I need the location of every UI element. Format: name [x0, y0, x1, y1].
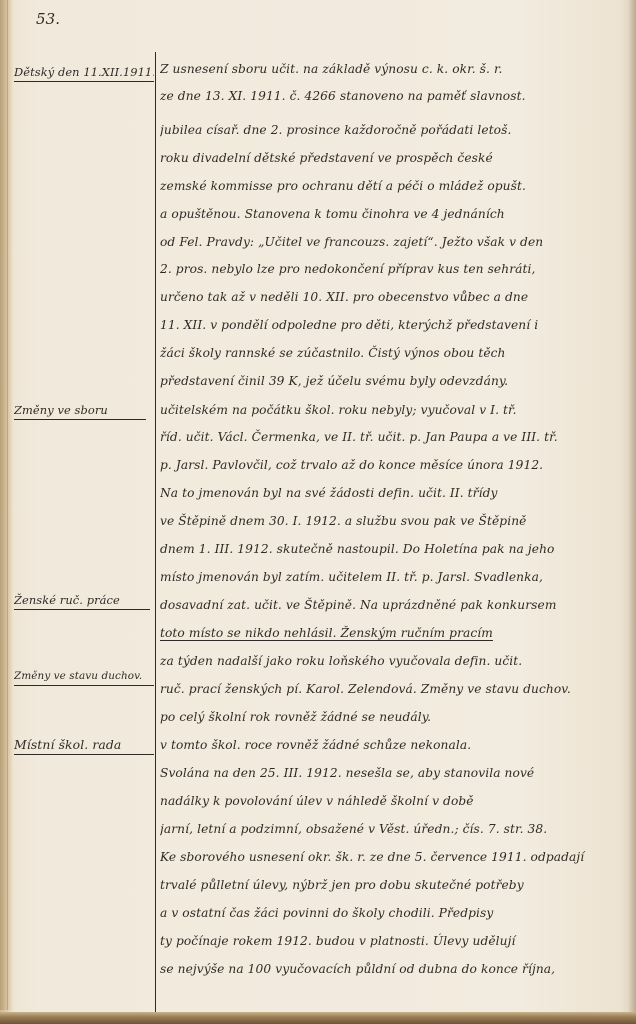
- text-line: dosavadní zat. učit. ve Štěpině. Na uprá…: [160, 592, 632, 618]
- page-number: 53.: [36, 10, 60, 28]
- margin-rule-line: [155, 52, 156, 1012]
- text-line: p. Jarsl. Pavlovčil, což trvalo až do ko…: [160, 452, 632, 478]
- notebook-page: 53. Dětský den 11.XII.1911. Změny ve sbo…: [0, 0, 636, 1024]
- text-line-clergy: ruč. prací ženských pí. Karol. Zelendová…: [160, 676, 632, 702]
- margin-note-clergy-changes: Změny ve stavu duchov.: [14, 667, 154, 686]
- text-line: 11. XII. v pondělí odpoledne pro děti, k…: [160, 312, 632, 338]
- text-line: od Fel. Pravdy: „Učitel ve francouzs. za…: [160, 229, 632, 255]
- text-line-needlework: toto místo se nikdo nehlásil. Ženským ru…: [160, 620, 632, 646]
- text-line: Svolána na den 25. III. 1912. nesešla se…: [160, 760, 632, 786]
- margin-note-staff-changes: Změny ve sboru: [14, 401, 146, 420]
- text-line: po celý školní rok rovněž žádné se neudá…: [160, 704, 632, 730]
- text-line: Ke sborového usnesení okr. šk. r. ze dne…: [160, 844, 632, 870]
- book-bottom-edge: [0, 1012, 636, 1024]
- text-line: žáci školy rannské se zúčastnilo. Čistý …: [160, 340, 632, 366]
- text-line: představení činil 39 K, jež účelu svému …: [160, 368, 632, 394]
- text-line: ty počínaje rokem 1912. budou v platnost…: [160, 928, 632, 954]
- text-line: za týden nadalší jako roku loňského vyuč…: [160, 648, 632, 674]
- text-line: v tomto škol. roce rovněž žádné schůze n…: [160, 732, 632, 758]
- margin-note-childrens-day: Dětský den 11.XII.1911.: [14, 63, 154, 82]
- text-line: ve Štěpině dnem 30. I. 1912. a službu sv…: [160, 508, 632, 534]
- text-line: trvalé půlletní úlevy, nýbrž jen pro dob…: [160, 872, 632, 898]
- margin-note-local-school-board: Místní škol. rada: [14, 736, 154, 755]
- text-line: Na to jmenován byl na své žádosti defin.…: [160, 480, 632, 506]
- text-line: ze dne 13. XI. 1911. č. 4266 stanoveno n…: [160, 83, 632, 109]
- text-line: 2. pros. nebylo lze pro nedokončení příp…: [160, 256, 632, 282]
- spine-fold-line: [7, 0, 8, 1010]
- text-line: místo jmenován byl zatím. učitelem II. t…: [160, 564, 632, 590]
- text-line: a v ostatní čas žáci povinni do školy ch…: [160, 900, 632, 926]
- text-line: jarní, letní a podzimní, obsažené v Věst…: [160, 816, 632, 842]
- text-line: zemské kommisse pro ochranu dětí a péči …: [160, 173, 632, 199]
- text-line: roku divadelní dětské představení ve pro…: [160, 145, 632, 171]
- text-line: určeno tak až v neděli 10. XII. pro obec…: [160, 284, 632, 310]
- margin-note-needlework: Ženské ruč. práce: [14, 591, 150, 610]
- text-line: říd. učit. Václ. Čermenka, ve II. tř. uč…: [160, 424, 632, 450]
- text-line: jubilea císař. dne 2. prosince každoročn…: [160, 117, 632, 143]
- text-line: a opuštěnou. Stanovena k tomu činohra ve…: [160, 201, 632, 227]
- text-line: dnem 1. III. 1912. skutečně nastoupil. D…: [160, 536, 632, 562]
- book-spine: [0, 0, 12, 1010]
- text-line: Z usnesení sboru učit. na základě výnosu…: [160, 56, 632, 82]
- text-line: nadálky k povolování úlev v náhledě škol…: [160, 788, 632, 814]
- text-line: učitelském na počátku škol. roku nebyly;…: [160, 397, 632, 423]
- text-line: se nejvýše na 100 vyučovacích půldní od …: [160, 956, 632, 982]
